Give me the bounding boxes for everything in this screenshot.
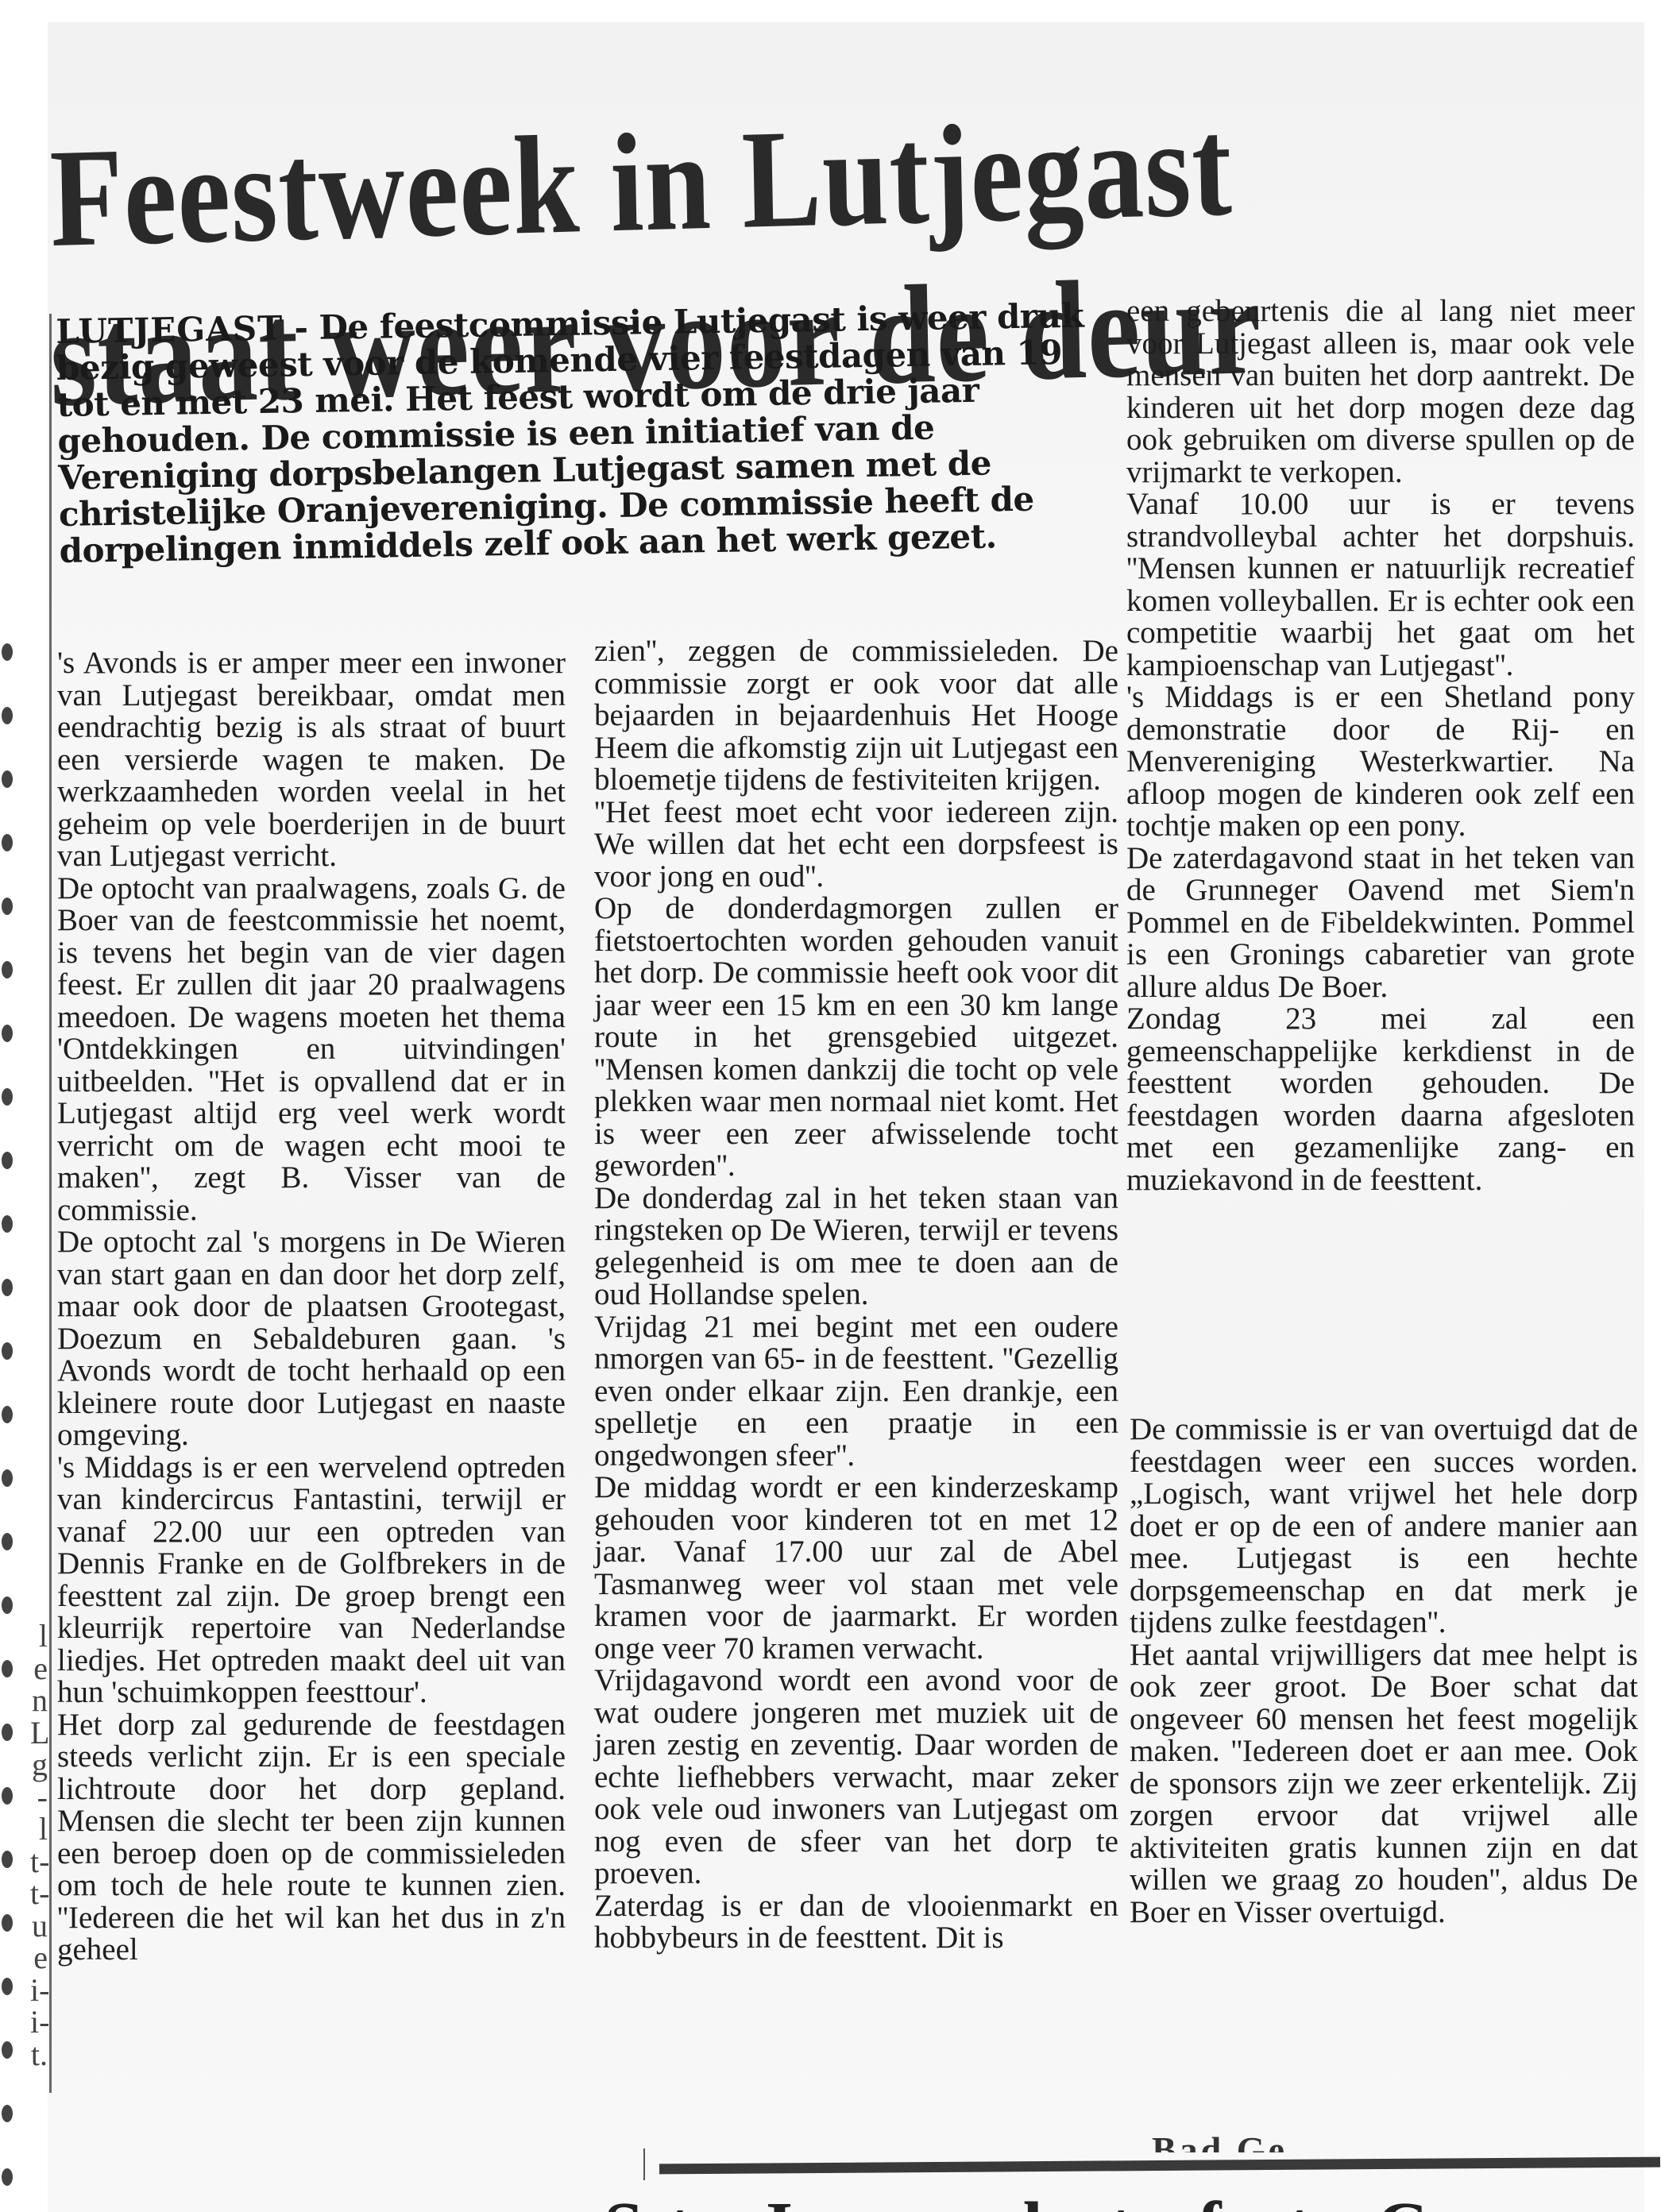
previous-column-fragment: l e n L g - l t- t- u e i- i- t. (30, 1620, 48, 2065)
binder-hole-icon (2, 1787, 13, 1805)
paragraph: ''Het feest moet echt voor iedereen zijn… (594, 797, 1118, 894)
binder-hole-icon (2, 1152, 13, 1169)
body-column-3-top: een gebeurtenis die al lang niet meer vo… (1126, 295, 1635, 1196)
binder-hole-icon (2, 1469, 13, 1487)
paragraph: 's Middags is er een wervelend optreden … (57, 1452, 566, 1709)
paragraph: De optocht zal 's morgens in De Wieren v… (57, 1226, 566, 1452)
article-lead: LUTJEGAST - De feestcommissie Lutjegast … (56, 297, 1108, 569)
binder-hole-icon (2, 834, 13, 851)
binder-hole-icon (2, 1025, 13, 1042)
binder-hole-icon (2, 1088, 13, 1106)
paragraph: zien'', zeggen de commissieleden. De com… (594, 635, 1118, 797)
binder-hole-icon (2, 1342, 13, 1360)
paragraph: Op de donderdagmorgen zullen er fietstoe… (594, 893, 1118, 1183)
paragraph: Het dorp zal gedurende de feestdagen ste… (57, 1709, 566, 1967)
binder-hole-icon (2, 1914, 13, 1932)
paragraph: 's Avonds is er amper meer een inwoner v… (57, 647, 566, 873)
paragraph: De donderdag zal in het teken staan van … (594, 1183, 1118, 1311)
binder-hole-icon (2, 1724, 13, 1741)
binder-hole-icon (2, 707, 13, 724)
binder-hole-icon (2, 1978, 13, 1995)
body-column-1: 's Avonds is er amper meer een inwoner v… (57, 647, 566, 1967)
binder-hole-icon (2, 1279, 13, 1296)
paragraph: De zaterdagavond staat in het teken van … (1126, 843, 1635, 1004)
binder-hole-icon (2, 1406, 13, 1423)
paragraph: Vrijdag 21 mei begint met een oudere nmo… (594, 1311, 1118, 1473)
paragraph: 's Middags is er een Shetland pony demon… (1126, 681, 1635, 843)
binder-holes (0, 643, 16, 2176)
cut-mark (643, 2148, 645, 2180)
paragraph: Vrijdagavond wordt een avond voor de wat… (594, 1665, 1118, 1890)
paragraph: De optocht van praalwagens, zoals G. de … (57, 873, 566, 1227)
dateline: LUTJEGAST (56, 309, 284, 351)
following-article-fragment: St Jo n l t f t C (604, 2192, 1660, 2212)
paragraph: De commissie is er van overtuigd dat de … (1130, 1414, 1638, 1639)
next-article-headline-fragment: Bad Ge (1152, 2129, 1288, 2152)
body-column-3-bottom: De commissie is er van overtuigd dat de … (1130, 1414, 1638, 1928)
binder-hole-icon (2, 898, 13, 915)
paragraph: Zaterdag is er dan de vlooienmarkt en ho… (594, 1890, 1118, 1955)
body-column-2: zien'', zeggen de commissieleden. De com… (594, 635, 1118, 1955)
binder-hole-icon (2, 1851, 13, 1868)
binder-hole-icon (2, 1596, 13, 1614)
binder-hole-icon (2, 1215, 13, 1233)
binder-hole-icon (2, 2105, 13, 2122)
binder-hole-icon (2, 961, 13, 979)
paragraph: Het aantal vrijwilligers dat mee helpt i… (1130, 1639, 1638, 1929)
binder-hole-icon (2, 2168, 13, 2186)
binder-hole-icon (2, 1660, 13, 1677)
paragraph: Zondag 23 mei zal een gemeenschappelijke… (1126, 1003, 1635, 1196)
binder-hole-icon (2, 1533, 13, 1550)
paragraph: De middag wordt er een kinderzeskamp geh… (594, 1472, 1118, 1665)
binder-hole-icon (2, 2041, 13, 2059)
column-rule (49, 314, 52, 2093)
binder-hole-icon (2, 643, 13, 661)
binder-hole-icon (2, 770, 13, 788)
paragraph: Vanaf 10.00 uur is er tevens strandvolle… (1126, 488, 1635, 681)
paragraph: een gebeurtenis die al lang niet meer vo… (1126, 295, 1635, 488)
